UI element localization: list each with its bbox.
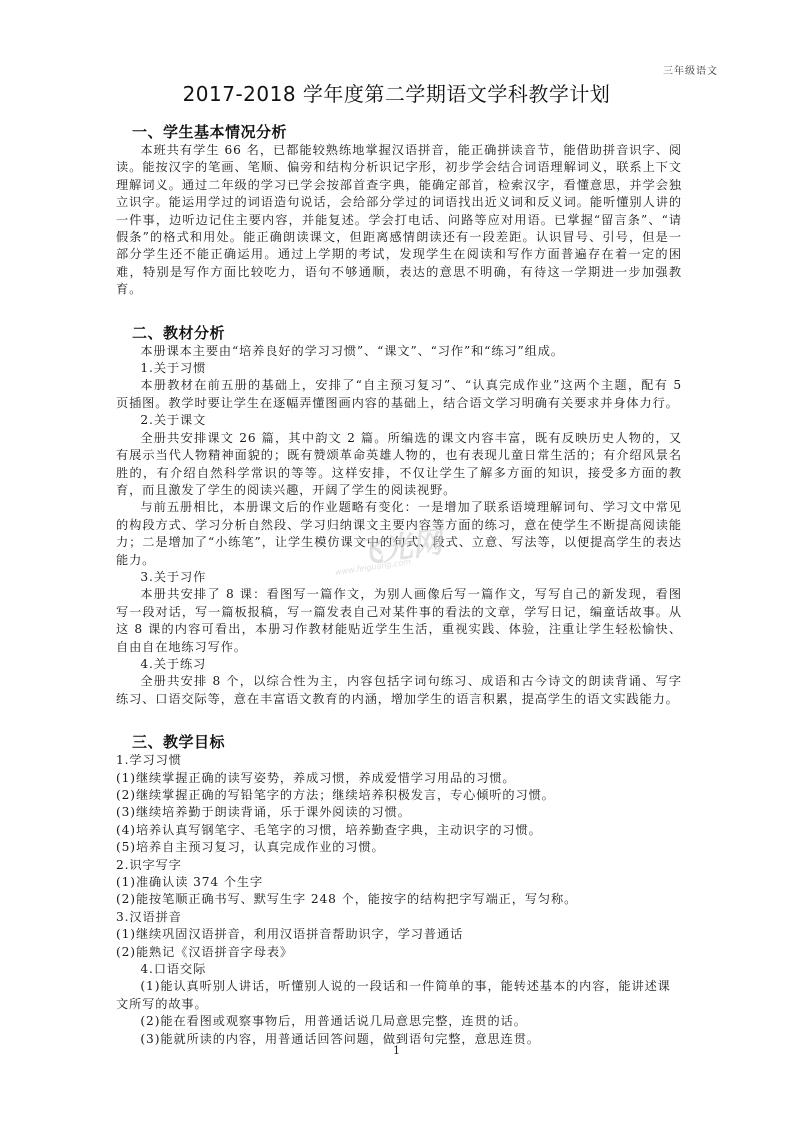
goal-item: (4)培养认真写钢笔字、毛笔字的习惯，培养勤查字典，主动识字的习惯。 xyxy=(116,822,682,839)
section-heading-textbook-analysis: 二、教材分析 xyxy=(132,323,682,343)
paragraph: 本班共有学生 66 名，已都能较熟练地掌握汉语拼音，能正确拼读音节，能借助拼音识… xyxy=(116,142,682,299)
goal-item: (1)准确认读 374 个生字 xyxy=(116,874,682,891)
paragraph: 本册共安排了 8 课：看图写一篇作文，为别人画像后写一篇作文，写写自己的新发现，… xyxy=(116,586,682,656)
goal-item: (2)能按笔顺正确书写、默写生字 248 个，能按字的结构把字写端正，写匀称。 xyxy=(116,891,682,908)
section-heading-teaching-goals: 三、教学目标 xyxy=(132,732,682,752)
goal-group-label: 1.学习习惯 xyxy=(116,752,682,769)
paragraph: 全册共安排 8 个，以综合性为主，内容包括字词句练习、成语和古今诗文的朗读背诵、… xyxy=(116,673,682,708)
section-heading-student-analysis: 一、学生基本情况分析 xyxy=(132,122,682,142)
goal-item: (2)能在看图或观察事物后，用普通话说几局意思完整，连贯的话。 xyxy=(116,1013,682,1030)
paragraph: 本册课本主要由“培养良好的学习习惯”、“课文”、“习作”和“练习”组成。 xyxy=(116,343,682,360)
paragraph: 全册共安排课文 26 篇，其中韵文 2 篇。所编选的课文内容丰富，既有反映历史人… xyxy=(116,430,682,500)
goal-group-label: 4.口语交际 xyxy=(140,961,682,978)
goal-group-label: 2.识字写字 xyxy=(116,857,682,874)
paragraph: 本册教材在前五册的基础上，安排了“自主预习复习”、“认真完成作业”这两个主题，配… xyxy=(116,377,682,412)
document-title: 2017-2018 学年度第二学期语文学科教学计划 xyxy=(0,78,793,107)
paragraph: 与前五册相比，本册课文后的作业题略有变化：一是增加了联系语境理解词句、学习文中常… xyxy=(116,499,682,569)
subsection-label: 1.关于习惯 xyxy=(140,360,682,377)
goal-item: (1)继续掌握正确的读写姿势，养成习惯，养成爱惜学习用品的习惯。 xyxy=(116,770,682,787)
goal-item: (1)继续巩固汉语拼音，利用汉语拼音帮助识字，学习普通话 xyxy=(116,926,682,943)
goal-item: (1)能认真听别人讲话，听懂别人说的一段话和一件简单的事，能转述基本的内容，能讲… xyxy=(116,978,682,1013)
goal-item: (2)继续掌握正确的写铅笔字的方法；继续培养积极发言，专心倾听的习惯。 xyxy=(116,787,682,804)
goal-item: (2)能熟记《汉语拼音字母表》 xyxy=(116,944,682,961)
goal-item: (5)培养自主预习复习，认真完成作业的习惯。 xyxy=(116,839,682,856)
page-number: 1 xyxy=(0,1044,793,1057)
goal-group-label: 3.汉语拼音 xyxy=(116,909,682,926)
running-header: 三年级语文 xyxy=(663,62,718,77)
subsection-label: 2.关于课文 xyxy=(140,412,682,429)
subsection-label: 4.关于练习 xyxy=(140,656,682,673)
goal-item: (3)继续培养勤于朗读背诵，乐于课外阅读的习惯。 xyxy=(116,804,682,821)
document-body: 一、学生基本情况分析 本班共有学生 66 名，已都能较熟练地掌握汉语拼音，能正确… xyxy=(116,122,682,1048)
subsection-label: 3.关于习作 xyxy=(140,569,682,586)
